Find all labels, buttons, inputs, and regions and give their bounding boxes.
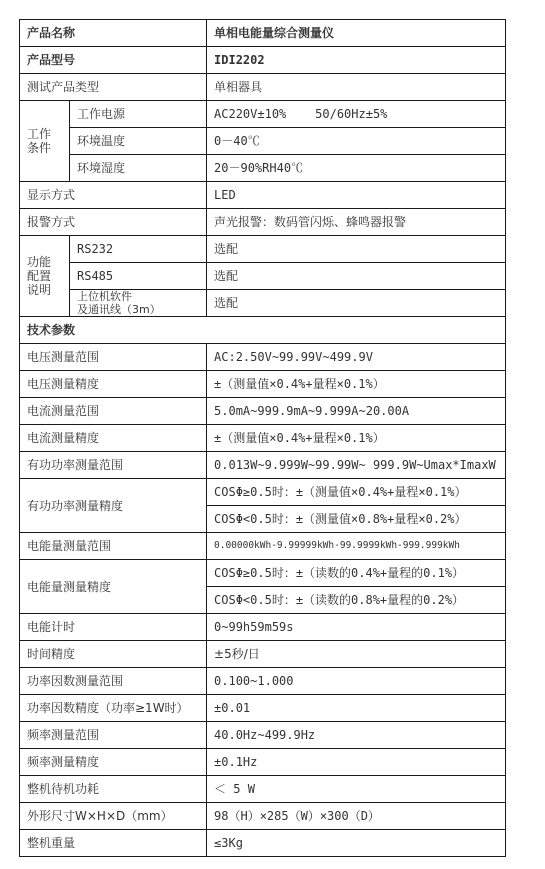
table-row: 产品名称 单相电能量综合测量仪 <box>20 20 506 47</box>
voltage-accuracy-value: ±（测量值×0.4%+量程×0.1%） <box>207 371 506 398</box>
table-row: 频率测量精度 ±0.1Hz <box>20 749 506 776</box>
table-row: 测试产品类型 单相器具 <box>20 74 506 101</box>
ambient-temperature-label: 环境温度 <box>70 128 207 155</box>
energy-range-value: 0.00000kWh-9.99999kWh-99.9999kWh-999.999… <box>207 533 506 560</box>
energy-timing-value: 0~99h59m59s <box>207 614 506 641</box>
label-line: 及通讯线（3m） <box>77 303 206 316</box>
rs485-label: RS485 <box>70 263 207 290</box>
frequency-range-value: 40.0Hz~499.9Hz <box>207 722 506 749</box>
current-accuracy-label: 电流测量精度 <box>20 425 207 452</box>
spec-table: 产品名称 单相电能量综合测量仪 产品型号 IDI2202 测试产品类型 单相器具… <box>19 19 506 857</box>
ambient-humidity-label: 环境湿度 <box>70 155 207 182</box>
label-line: 上位机软件 <box>77 290 206 303</box>
time-accuracy-value: ±5秒/日 <box>207 641 506 668</box>
power-factor-range-label: 功率因数测量范围 <box>20 668 207 695</box>
energy-accuracy-value-high-pf: COSΦ≥0.5时：±（读数的0.4%+量程的0.1%） <box>207 560 506 587</box>
table-row: 功能 配置 说明 RS232 选配 <box>20 236 506 263</box>
power-factor-range-value: 0.100~1.000 <box>207 668 506 695</box>
energy-accuracy-value-low-pf: COSΦ<0.5时：±（读数的0.8%+量程的0.2%） <box>207 587 506 614</box>
active-power-range-value: 0.013W~9.999W~99.99W~ 999.9W~Umax*ImaxW <box>207 452 506 479</box>
table-row: 频率测量范围 40.0Hz~499.9Hz <box>20 722 506 749</box>
table-row: 上位机软件 及通讯线（3m） 选配 <box>20 290 506 317</box>
table-row: 电压测量精度 ±（测量值×0.4%+量程×0.1%） <box>20 371 506 398</box>
voltage-range-label: 电压测量范围 <box>20 344 207 371</box>
group-label-line: 配置 <box>27 269 69 283</box>
active-power-accuracy-label: 有功功率测量精度 <box>20 479 207 533</box>
rs232-label: RS232 <box>70 236 207 263</box>
frequency-accuracy-value: ±0.1Hz <box>207 749 506 776</box>
table-row: 功率因数精度（功率≥1W时） ±0.01 <box>20 695 506 722</box>
current-range-value: 5.0mA~999.9mA~9.999A~20.00A <box>207 398 506 425</box>
pc-software-value: 选配 <box>207 290 506 317</box>
active-power-range-label: 有功功率测量范围 <box>20 452 207 479</box>
table-row: 工作 条件 工作电源 AC220V±10% 50/60Hz±5% <box>20 101 506 128</box>
working-conditions-group-label: 工作 条件 <box>20 101 70 182</box>
product-name-label: 产品名称 <box>20 20 207 47</box>
frequency-range-label: 频率测量范围 <box>20 722 207 749</box>
product-type-value: 单相器具 <box>207 74 506 101</box>
weight-label: 整机重量 <box>20 830 207 857</box>
group-label-line: 功能 <box>27 255 69 269</box>
current-range-label: 电流测量范围 <box>20 398 207 425</box>
display-mode-value: LED <box>207 182 506 209</box>
ambient-temperature-value: 0－40℃ <box>207 128 506 155</box>
product-name-value: 单相电能量综合测量仪 <box>207 20 506 47</box>
table-row: 电能量测量范围 0.00000kWh-9.99999kWh-99.9999kWh… <box>20 533 506 560</box>
group-label-line: 条件 <box>27 141 69 155</box>
table-row: 时间精度 ±5秒/日 <box>20 641 506 668</box>
product-model-value: IDI2202 <box>207 47 506 74</box>
product-model-label: 产品型号 <box>20 47 207 74</box>
display-mode-label: 显示方式 <box>20 182 207 209</box>
active-power-accuracy-value-low-pf: COSΦ<0.5时：±（测量值×0.8%+量程×0.2%） <box>207 506 506 533</box>
power-supply-label: 工作电源 <box>70 101 207 128</box>
table-row: RS485 选配 <box>20 263 506 290</box>
table-row: 电流测量范围 5.0mA~999.9mA~9.999A~20.00A <box>20 398 506 425</box>
alarm-mode-label: 报警方式 <box>20 209 207 236</box>
tech-params-section-title: 技术参数 <box>20 317 506 344</box>
energy-range-label: 电能量测量范围 <box>20 533 207 560</box>
table-row: 整机待机功耗 ＜ 5 W <box>20 776 506 803</box>
table-row: 功率因数测量范围 0.100~1.000 <box>20 668 506 695</box>
standby-power-value: ＜ 5 W <box>207 776 506 803</box>
table-row: 整机重量 ≤3Kg <box>20 830 506 857</box>
active-power-accuracy-value-high-pf: COSΦ≥0.5时：±（测量值×0.4%+量程×0.1%） <box>207 479 506 506</box>
table-row: 电压测量范围 AC:2.50V~99.99V~499.9V <box>20 344 506 371</box>
function-config-group-label: 功能 配置 说明 <box>20 236 70 317</box>
table-row: 显示方式 LED <box>20 182 506 209</box>
ambient-humidity-value: 20－90%RH40℃ <box>207 155 506 182</box>
voltage-accuracy-label: 电压测量精度 <box>20 371 207 398</box>
power-supply-value: AC220V±10% 50/60Hz±5% <box>207 101 506 128</box>
weight-value: ≤3Kg <box>207 830 506 857</box>
table-row: 电能量测量精度 COSΦ≥0.5时：±（读数的0.4%+量程的0.1%） <box>20 560 506 587</box>
energy-timing-label: 电能计时 <box>20 614 207 641</box>
frequency-accuracy-label: 频率测量精度 <box>20 749 207 776</box>
table-row: 环境温度 0－40℃ <box>20 128 506 155</box>
table-row: 技术参数 <box>20 317 506 344</box>
time-accuracy-label: 时间精度 <box>20 641 207 668</box>
table-row: 电流测量精度 ±（测量值×0.4%+量程×0.1%） <box>20 425 506 452</box>
current-accuracy-value: ±（测量值×0.4%+量程×0.1%） <box>207 425 506 452</box>
group-label-line: 工作 <box>27 127 69 141</box>
dimensions-value: 98（H）×285（W）×300（D） <box>207 803 506 830</box>
table-row: 电能计时 0~99h59m59s <box>20 614 506 641</box>
table-row: 报警方式 声光报警：数码管闪烁、蜂鸣器报警 <box>20 209 506 236</box>
energy-accuracy-label: 电能量测量精度 <box>20 560 207 614</box>
power-factor-accuracy-label: 功率因数精度（功率≥1W时） <box>20 695 207 722</box>
dimensions-label: 外形尺寸W×H×D（mm） <box>20 803 207 830</box>
table-row: 环境湿度 20－90%RH40℃ <box>20 155 506 182</box>
pc-software-label: 上位机软件 及通讯线（3m） <box>70 290 207 317</box>
voltage-range-value: AC:2.50V~99.99V~499.9V <box>207 344 506 371</box>
alarm-mode-value: 声光报警：数码管闪烁、蜂鸣器报警 <box>207 209 506 236</box>
product-type-label: 测试产品类型 <box>20 74 207 101</box>
table-row: 有功功率测量范围 0.013W~9.999W~99.99W~ 999.9W~Um… <box>20 452 506 479</box>
standby-power-label: 整机待机功耗 <box>20 776 207 803</box>
table-row: 有功功率测量精度 COSΦ≥0.5时：±（测量值×0.4%+量程×0.1%） <box>20 479 506 506</box>
group-label-line: 说明 <box>27 283 69 297</box>
table-row: 外形尺寸W×H×D（mm） 98（H）×285（W）×300（D） <box>20 803 506 830</box>
power-factor-accuracy-value: ±0.01 <box>207 695 506 722</box>
rs485-value: 选配 <box>207 263 506 290</box>
table-row: 产品型号 IDI2202 <box>20 47 506 74</box>
rs232-value: 选配 <box>207 236 506 263</box>
